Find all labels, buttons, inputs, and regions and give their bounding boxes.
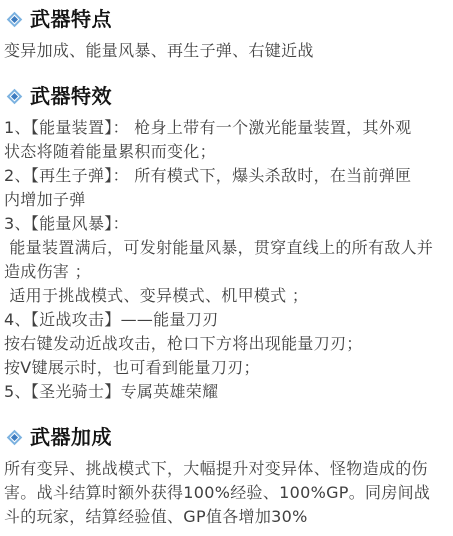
section-weapon-bonus: 武器加成 所有变异、挑战模式下，大幅提升对变异体、怪物造成的伤 害。战斗结算时额… [4,426,449,529]
section-body: 1、【能量装置】： 枪身上带有一个激光能量装置，其外观 状态将随着能量累积而变化… [4,116,449,404]
section-heading-weapon-effects: 武器特效 [4,85,449,108]
section-body: 变异加成、能量风暴、再生子弹、右键近战 [4,39,449,63]
section-heading-weapon-bonus: 武器加成 [4,426,449,449]
section-heading-weapon-features: 武器特点 [4,8,449,31]
diamond-icon [7,12,23,28]
weapon-detail-document: 武器特点 变异加成、能量风暴、再生子弹、右键近战 武器特效 1、【能量装置】： … [0,0,453,536]
section-title: 武器特效 [30,85,112,108]
diamond-icon [7,430,23,446]
section-weapon-features: 武器特点 变异加成、能量风暴、再生子弹、右键近战 [4,8,449,63]
diamond-icon [7,89,23,105]
section-weapon-effects: 武器特效 1、【能量装置】： 枪身上带有一个激光能量装置，其外观 状态将随着能量… [4,85,449,404]
section-title: 武器特点 [30,8,112,31]
section-body: 所有变异、挑战模式下，大幅提升对变异体、怪物造成的伤 害。战斗结算时额外获得10… [4,457,449,529]
section-title: 武器加成 [30,426,112,449]
